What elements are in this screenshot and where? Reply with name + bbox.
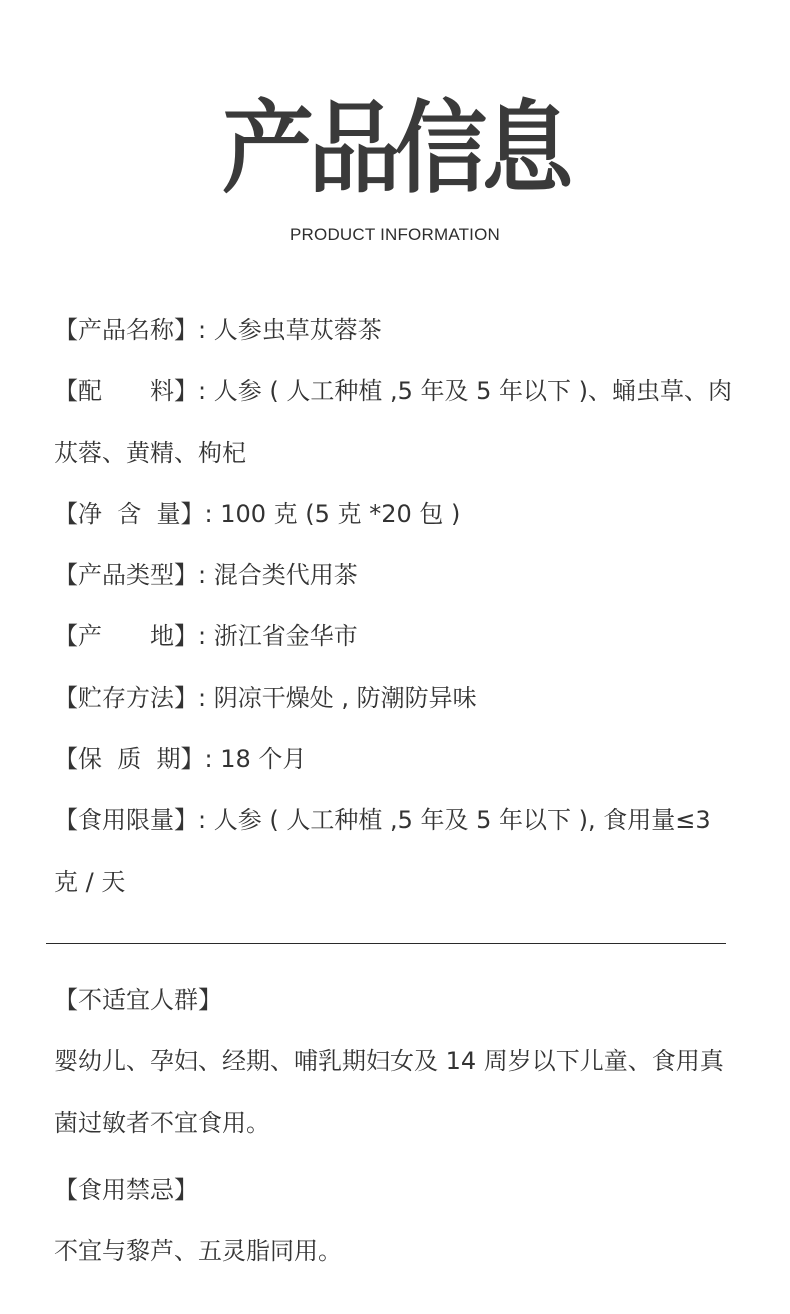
info-label: 【食用限量】 — [54, 806, 198, 834]
info-label: 【配 料】 — [54, 377, 198, 405]
info-separator: : — [198, 684, 214, 712]
info-row-storage: 【贮存方法】: 阴凉干燥处 , 防潮防异味 — [54, 668, 734, 729]
info-value: 阴凉干燥处 , 防潮防异味 — [214, 684, 477, 712]
info-row-shelf-life: 【保 质 期】: 18 个月 — [54, 729, 734, 790]
info-label: 【净 含 量】 — [54, 500, 205, 528]
info-value: 苁蓉、黄精、枸杞 — [54, 439, 246, 467]
info-row-ingredients-continued: 苁蓉、黄精、枸杞 — [54, 423, 734, 484]
info-separator: : — [198, 561, 214, 589]
info-value: 人参 ( 人工种植 ,5 年及 5 年以下 ), 食用量≤3 — [214, 806, 711, 834]
contraindication-text: 不宜与黎芦、五灵脂同用。 — [54, 1221, 734, 1282]
info-row-intake-limit-continued: 克 / 天 — [54, 852, 734, 913]
info-label: 【产品类型】 — [54, 561, 198, 589]
info-row-origin: 【产 地】: 浙江省金华市 — [54, 606, 734, 667]
section-divider — [46, 943, 726, 944]
info-label: 【贮存方法】 — [54, 684, 198, 712]
info-value: 混合类代用茶 — [214, 561, 358, 589]
info-value: 克 / 天 — [54, 868, 125, 896]
info-row-net-content: 【净 含 量】: 100 克 (5 克 *20 包 ) — [54, 484, 734, 545]
page-title: 产品信息 — [32, 88, 759, 208]
info-value: 人参虫草苁蓉茶 — [214, 316, 382, 344]
info-separator: : — [198, 316, 214, 344]
product-info-list: 【产品名称】: 人参虫草苁蓉茶 【配 料】: 人参 ( 人工种植 ,5 年及 5… — [54, 300, 734, 913]
unsuitable-heading: 【不适宜人群】 — [54, 970, 734, 1031]
contraindication-heading: 【食用禁忌】 — [54, 1160, 734, 1221]
info-row-intake-limit: 【食用限量】: 人参 ( 人工种植 ,5 年及 5 年以下 ), 食用量≤3 — [54, 790, 734, 851]
info-separator: : — [198, 622, 214, 650]
info-value: 18 个月 — [220, 745, 306, 773]
info-separator: : — [205, 745, 221, 773]
info-row-product-name: 【产品名称】: 人参虫草苁蓉茶 — [54, 300, 734, 361]
info-value: 人参 ( 人工种植 ,5 年及 5 年以下 )、蛹虫草、肉 — [214, 377, 732, 405]
info-value: 100 克 (5 克 *20 包 ) — [220, 500, 460, 528]
info-value: 浙江省金华市 — [214, 622, 358, 650]
page-subtitle: PRODUCT INFORMATION — [0, 224, 790, 246]
info-row-product-type: 【产品类型】: 混合类代用茶 — [54, 545, 734, 606]
info-separator: : — [198, 806, 214, 834]
info-separator: : — [198, 377, 214, 405]
info-row-ingredients: 【配 料】: 人参 ( 人工种植 ,5 年及 5 年以下 )、蛹虫草、肉 — [54, 361, 734, 422]
info-label: 【产品名称】 — [54, 316, 198, 344]
info-label: 【产 地】 — [54, 622, 198, 650]
notes-section: 【不适宜人群】 婴幼儿、孕妇、经期、哺乳期妇女及 14 周岁以下儿童、食用真 菌… — [54, 970, 734, 1282]
info-separator: : — [205, 500, 221, 528]
info-label: 【保 质 期】 — [54, 745, 205, 773]
unsuitable-text-line-1: 婴幼儿、孕妇、经期、哺乳期妇女及 14 周岁以下儿童、食用真 — [54, 1031, 734, 1092]
unsuitable-text-line-2: 菌过敏者不宜食用。 — [54, 1093, 734, 1154]
